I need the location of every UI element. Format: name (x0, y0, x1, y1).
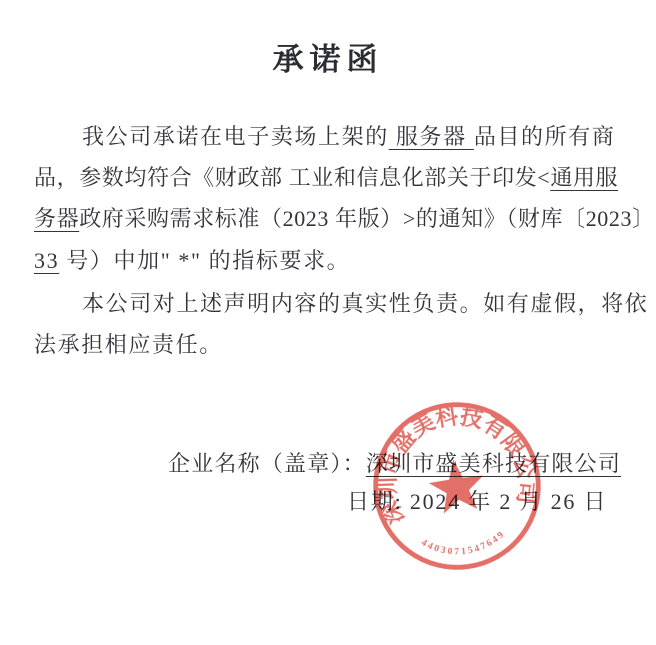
document-title: 承诺函 (0, 34, 656, 79)
body-line-4-underlined-number: 33 (34, 248, 59, 273)
body-line-1-underlined-category: 服务器 (389, 124, 474, 149)
body-line-3-underlined: 务器 (34, 206, 79, 231)
body-line-1-post: 品目的所有商 (474, 124, 616, 149)
body-line-1: 我公司承诺在电子卖场上架的 服务器 品目的所有商 (82, 120, 615, 151)
body-line-3-post: 政府采购需求标准（2023 年版）>的通知》（财库〔2023〕 (79, 206, 655, 231)
company-seal-stamp: 深圳市盛美科技有限公司 4403071547649 (336, 365, 578, 607)
company-name-label: 企业名称（盖章）： (168, 451, 366, 476)
body-line-2-pre: 品，参数均符合《财政部 工业和信息化部关于印发< (34, 165, 550, 190)
body-line-6: 法承担相应责任。 (34, 328, 223, 359)
body-line-1-pre: 我公司承诺在电子卖场上架的 (82, 124, 389, 149)
body-line-2: 品，参数均符合《财政部 工业和信息化部关于印发<通用服 (34, 161, 618, 192)
body-line-3: 务器政府采购需求标准（2023 年版）>的通知》（财库〔2023〕 (34, 202, 655, 233)
commitment-letter-document: 承诺函 我公司承诺在电子卖场上架的 服务器 品目的所有商 品，参数均符合《财政部… (0, 0, 656, 645)
seal-star-icon (426, 456, 488, 515)
body-line-4-post: 号）中加" *" 的指标要求。 (59, 248, 350, 273)
body-line-4: 33 号）中加" *" 的指标要求。 (34, 244, 350, 275)
body-line-5: 本公司对上述声明内容的真实性负责。如有虚假，将依 (82, 287, 648, 318)
body-line-2-underlined: 通用服 (550, 165, 618, 190)
